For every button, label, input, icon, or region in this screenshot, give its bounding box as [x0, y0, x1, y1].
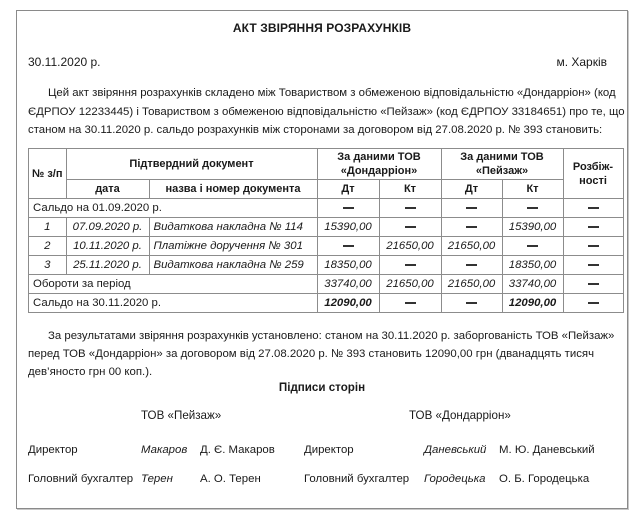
signatory-name: Д. Є. Макаров	[200, 444, 275, 456]
handwritten-signature: Городецька	[424, 473, 485, 485]
amount-cell: 18350,00	[502, 256, 563, 275]
amount-cell	[379, 256, 441, 275]
opening-balance-row: Сальдо на 01.09.2020 р.	[29, 199, 624, 218]
amount-cell	[379, 294, 441, 313]
header-diff: Розбіж-ності	[563, 149, 623, 199]
table-row: 210.11.2020 р.Платіжне доручення № 30121…	[29, 237, 624, 256]
row-label: Сальдо на 01.09.2020 р.	[29, 199, 318, 218]
intro-paragraph: Цей акт звіряння розрахунків складено мі…	[28, 84, 616, 140]
signatory-name: О. Б. Городецька	[499, 473, 589, 485]
reconciliation-act-page: АКТ ЗВІРЯННЯ РОЗРАХУНКІВ 30.11.2020 р. м…	[16, 10, 628, 509]
header-p2-credit: Кт	[502, 180, 563, 199]
conclusion-line: перед ТОВ «Дондарріон» за договором від …	[28, 345, 616, 363]
doc-date: 25.11.2020 р.	[66, 256, 149, 275]
header-doc-date: дата	[66, 180, 149, 199]
amount-cell	[379, 218, 441, 237]
amount-cell: 33740,00	[317, 275, 379, 294]
amount-cell	[563, 199, 623, 218]
amount-cell: 21650,00	[441, 237, 502, 256]
doc-date: 07.09.2020 р.	[66, 218, 149, 237]
document-title: АКТ ЗВІРЯННЯ РОЗРАХУНКІВ	[17, 21, 627, 35]
turnover-row: Обороти за період33740,0021650,0021650,0…	[29, 275, 624, 294]
row-number: 3	[29, 256, 67, 275]
role-label: Директор	[304, 444, 354, 456]
intro-line: станом на 30.11.2020 р. сальдо розрахунк…	[28, 121, 616, 140]
row-label: Обороти за період	[29, 275, 318, 294]
row-number: 1	[29, 218, 67, 237]
dash-mark	[466, 226, 477, 227]
dash-mark	[588, 207, 599, 208]
amount-cell: 21650,00	[441, 275, 502, 294]
dash-mark	[405, 207, 416, 208]
amount-cell	[441, 256, 502, 275]
party-name-dondarrion: ТОВ «Дондарріон»	[409, 409, 511, 422]
handwritten-signature: Даневський	[424, 444, 486, 456]
amount-cell	[441, 294, 502, 313]
row-number: 2	[29, 237, 67, 256]
role-label: Головний бухгалтер	[28, 473, 133, 485]
handwritten-signature: Терен	[141, 473, 173, 485]
diff-cell	[563, 237, 623, 256]
header-doc-group: Підтвердний документ	[66, 149, 317, 180]
amount-cell: 21650,00	[379, 237, 441, 256]
party-name-peizazh: ТОВ «Пейзаж»	[141, 409, 221, 422]
dash-mark	[466, 302, 477, 303]
intro-line: Цей акт звіряння розрахунків складено мі…	[28, 84, 616, 103]
dash-mark	[527, 245, 538, 246]
closing-balance-row: Сальдо на 30.11.2020 р.12090,0012090,00	[29, 294, 624, 313]
header-party1: За даними ТОВ «Дондарріон»	[317, 149, 441, 180]
role-label: Директор	[28, 444, 78, 456]
dash-mark	[466, 264, 477, 265]
role-label: Головний бухгалтер	[304, 473, 409, 485]
amount-cell: 12090,00	[317, 294, 379, 313]
conclusion-paragraph: За результатами звіряння розрахунків уст…	[28, 327, 616, 381]
dash-mark	[405, 302, 416, 303]
intro-line: ЄДРПОУ 12233445) і Товариством з обмежен…	[28, 103, 616, 122]
dash-mark	[343, 245, 354, 246]
amount-cell	[563, 275, 623, 294]
dash-mark	[466, 207, 477, 208]
document-city: м. Харків	[556, 55, 607, 69]
signatory-name: М. Ю. Даневський	[499, 444, 595, 456]
conclusion-line: За результатами звіряння розрахунків уст…	[28, 327, 616, 345]
header-num: № з/п	[29, 149, 67, 199]
amount-cell	[441, 218, 502, 237]
header-p1-debit: Дт	[317, 180, 379, 199]
amount-cell: 21650,00	[379, 275, 441, 294]
amount-cell	[502, 199, 563, 218]
header-p2-debit: Дт	[441, 180, 502, 199]
signatory-name: А. О. Терен	[200, 473, 261, 485]
reconciliation-table: № з/п Підтвердний документ За даними ТОВ…	[28, 148, 624, 313]
dash-mark	[343, 207, 354, 208]
amount-cell	[502, 237, 563, 256]
table-row: 107.09.2020 р.Видаткова накладна № 11415…	[29, 218, 624, 237]
amount-cell	[441, 199, 502, 218]
doc-name: Платіжне доручення № 301	[149, 237, 317, 256]
dash-mark	[588, 245, 599, 246]
dash-mark	[588, 226, 599, 227]
dash-mark	[588, 302, 599, 303]
amount-cell	[317, 237, 379, 256]
diff-cell	[563, 256, 623, 275]
header-party2: За даними ТОВ «Пейзаж»	[441, 149, 563, 180]
diff-cell	[563, 218, 623, 237]
dash-mark	[588, 283, 599, 284]
row-label: Сальдо на 30.11.2020 р.	[29, 294, 318, 313]
amount-cell	[317, 199, 379, 218]
handwritten-signature: Макаров	[141, 444, 187, 456]
amount-cell	[379, 199, 441, 218]
dash-mark	[527, 207, 538, 208]
header-doc-name: назва і номер документа	[149, 180, 317, 199]
header-p1-credit: Кт	[379, 180, 441, 199]
conclusion-line: дев’яносто грн 00 коп.).	[28, 363, 616, 381]
doc-name: Видаткова накладна № 114	[149, 218, 317, 237]
amount-cell: 12090,00	[502, 294, 563, 313]
doc-date: 10.11.2020 р.	[66, 237, 149, 256]
doc-name: Видаткова накладна № 259	[149, 256, 317, 275]
dash-mark	[405, 226, 416, 227]
amount-cell	[563, 294, 623, 313]
table-row: 325.11.2020 р.Видаткова накладна № 25918…	[29, 256, 624, 275]
document-date: 30.11.2020 р.	[28, 55, 101, 69]
amount-cell: 15390,00	[317, 218, 379, 237]
signatures-title: Підписи сторін	[17, 381, 627, 394]
amount-cell: 33740,00	[502, 275, 563, 294]
dash-mark	[588, 264, 599, 265]
amount-cell: 15390,00	[502, 218, 563, 237]
amount-cell: 18350,00	[317, 256, 379, 275]
dash-mark	[405, 264, 416, 265]
